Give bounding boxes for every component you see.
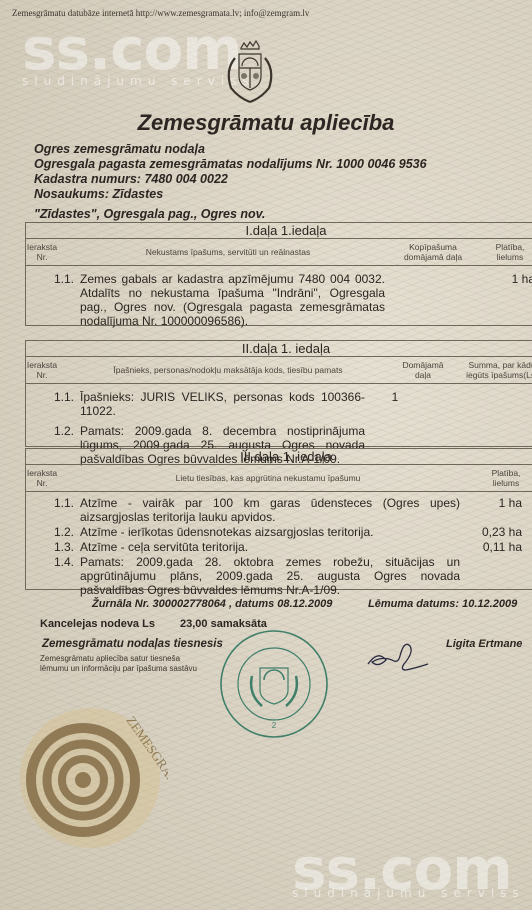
entry-number: 1.1. <box>26 496 80 524</box>
table-row: 1.1. Īpašnieks: JURIS VELIKS, personas k… <box>26 390 532 418</box>
entry-text: Pamats: 2009.gada 28. oktobra zemes robe… <box>80 555 460 597</box>
part2-title: II.daļa 1. iedaļa <box>26 341 532 357</box>
col-entry-no: Ieraksta Nr. <box>26 242 58 262</box>
col-entry-no: Ieraksta Nr. <box>26 468 58 488</box>
department-name: Ogres zemesgrāmatu nodaļa <box>34 142 205 157</box>
document-title: Zemesgrāmatu apliecība <box>0 110 532 136</box>
col-property: Nekustams īpašums, servitūti un reālnast… <box>58 247 398 257</box>
entry-text: Zemes gabals ar kadastra apzīmējumu 7480… <box>80 272 385 328</box>
entry-area: 1 ha <box>460 496 522 524</box>
entry-area: 1 ha <box>385 272 532 328</box>
entry-area: 0,11 ha <box>460 540 522 554</box>
property-name: Nosaukums: Zīdastes <box>34 187 163 202</box>
decision-date: Lēmuma datums: 10.12.2009 <box>368 598 517 610</box>
part2-section: II.daļa 1. iedaļa Ieraksta Nr. Īpašnieks… <box>25 340 532 447</box>
entry-text: Īpašnieks: JURIS VELIKS, personas kods 1… <box>80 390 365 418</box>
table-row: 1.4. Pamats: 2009.gada 28. oktobra zemes… <box>26 555 532 597</box>
table-row: 1.1. Zemes gabals ar kadastra apzīmējumu… <box>26 272 532 328</box>
entry-number: 1.3. <box>26 540 80 554</box>
part1-title: I.daļa 1.iedaļa <box>26 223 532 239</box>
svg-text:2: 2 <box>272 721 277 730</box>
part3-section: III.daļa 1. iedaļa Ieraksta Nr. Lietu ti… <box>25 448 532 590</box>
col-share: Domājamā daļa <box>398 360 448 380</box>
judge-note-line1: Zemesgrāmatu apliecība satur tiesneša <box>40 654 180 663</box>
database-url-line: Zemesgrāmatu datubāze internetā http://w… <box>12 8 309 18</box>
part2-column-headers: Ieraksta Nr. Īpašnieks, personas/nodokļu… <box>26 357 532 384</box>
journal-number: Žurnāla Nr. 300002778064 , datums 08.12.… <box>92 598 332 610</box>
col-area: Platība, lielums <box>484 468 528 488</box>
fee-label: Kancelejas nodeva Ls <box>40 618 155 630</box>
court-stamp-icon: 2 <box>218 628 330 740</box>
entry-text: Atzīme - ierīkotas ūdensnotekas aizsargj… <box>80 525 460 539</box>
signature-icon <box>360 632 440 682</box>
col-encumbrances: Lietu tiesības, kas apgrūtina nekustamu … <box>58 473 478 483</box>
table-row: 1.1. Atzīme - vairāk par 100 km garas ūd… <box>26 496 532 524</box>
entry-share: 1 <box>365 390 425 418</box>
cadastre-number: Kadastra numurs: 7480 004 0022 <box>34 172 228 187</box>
coat-of-arms-icon <box>215 38 285 108</box>
part1-section: I.daļa 1.iedaļa Ieraksta Nr. Nekustams ī… <box>25 222 532 326</box>
entry-text: Atzīme - ceļa servitūta teritorija. <box>80 540 460 554</box>
col-entry-no: Ieraksta Nr. <box>26 360 58 380</box>
entry-area: 0,23 ha <box>460 525 522 539</box>
entry-number: 1.2. <box>26 525 80 539</box>
entry-number: 1.1. <box>26 390 80 418</box>
entry-number: 1.4. <box>26 555 80 597</box>
entry-number: 1.1. <box>26 272 80 328</box>
table-row: 1.3. Atzīme - ceļa servitūta teritorija.… <box>26 540 532 554</box>
folio-number: Ogresgala pagasta zemesgrāmatas nodalīju… <box>34 157 427 172</box>
col-area: Platība, lielums <box>488 242 532 262</box>
property-address: "Zīdastes", Ogresgala pag., Ogres nov. <box>34 207 265 221</box>
watermark-tagline-bottom: sludinājumu serviss <box>292 886 525 900</box>
watermark-logo: ss.com <box>22 20 242 78</box>
judge-note-line2: lēmumu un informāciju par īpašuma sastāv… <box>40 664 197 673</box>
part1-column-headers: Ieraksta Nr. Nekustams īpašums, servitūt… <box>26 239 532 266</box>
judge-name: Ligita Ertmane <box>446 638 522 650</box>
col-owner: Īpašnieks, personas/nodokļu maksātāja ko… <box>58 365 398 375</box>
land-registry-seal-icon: ZEMESGRĀMATA <box>18 700 168 850</box>
part3-column-headers: Ieraksta Nr. Lietu tiesības, kas apgrūti… <box>26 465 532 492</box>
col-sum: Summa, par kādu iegūts īpašums(Ls) <box>462 360 532 380</box>
part3-title: III.daļa 1. iedaļa <box>26 449 532 465</box>
entry-text: Atzīme - vairāk par 100 km garas ūdenste… <box>80 496 460 524</box>
table-row: 1.2. Atzīme - ierīkotas ūdensnotekas aiz… <box>26 525 532 539</box>
judge-title: Zemesgrāmatu nodaļas tiesnesis <box>42 638 223 650</box>
col-share: Kopīpašuma domājamā daļa <box>398 242 468 262</box>
